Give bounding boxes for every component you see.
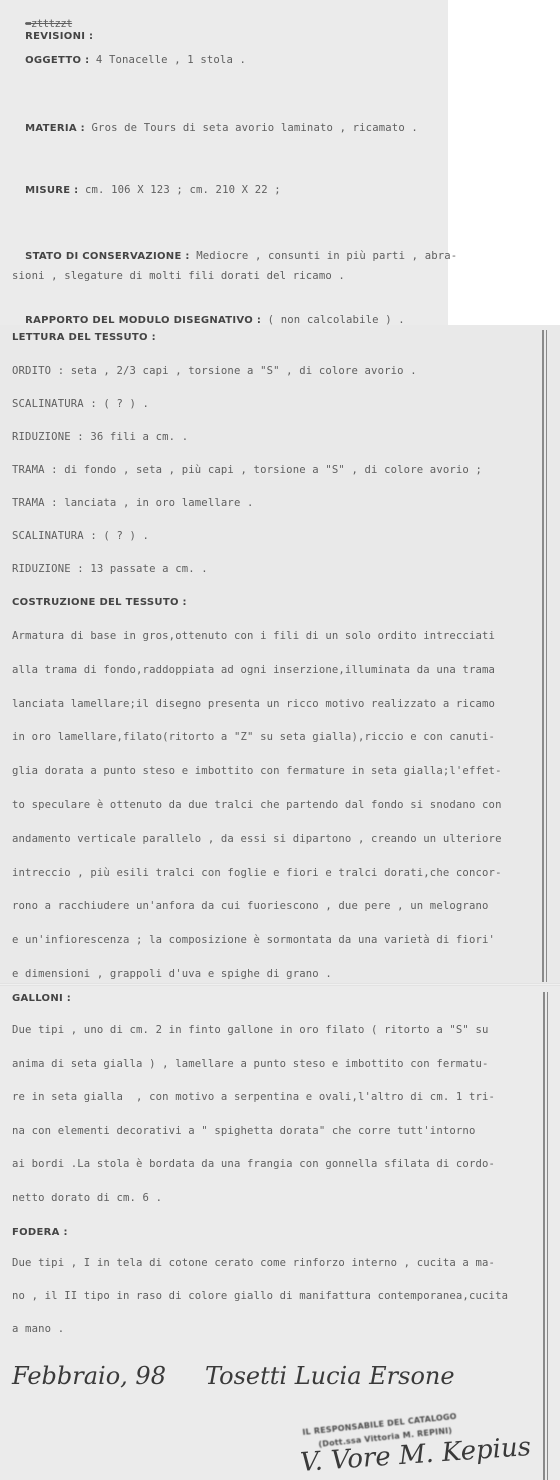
field-stato-cont: sioni , slegature di molti fili dorati d… [12,270,345,282]
section-heading-galloni: GALLONI : [12,993,71,1004]
handwritten-name: Tosetti Lucia Ersone [205,1362,455,1390]
galloni-line: anima di seta gialla ) , lamellare a pun… [12,1058,489,1070]
galloni-line: na con elementi decorativi a " spighetta… [12,1125,476,1137]
field-value: 4 Tonacelle , 1 stola . [89,54,246,66]
costruzione-line: rono a racchiudere un'anfora da cui fuor… [12,900,489,912]
field-label: OGGETTO : [25,55,89,66]
fold-line [0,983,560,986]
field-materia: MATERIA : Gros de Tours di seta avorio l… [12,110,418,134]
header-title: REVISIONI : [25,31,93,42]
margin-rule-right [546,330,547,982]
costruzione-line: lanciata lamellare;il disegno presenta u… [12,698,495,710]
field-value: Mediocre , consunti in più parti , abra- [190,250,458,262]
margin-rule-left [542,330,544,982]
costruzione-line: to speculare è ottenuto da due tralci ch… [12,799,502,811]
page-fragment-2 [0,325,560,985]
galloni-line: ai bordi .La stola è bordata da una fran… [12,1158,495,1170]
field-value: cm. 106 X 123 ; cm. 210 X 22 ; [78,184,280,196]
struck-text: =ztttzzt [25,18,72,30]
section-heading-lettura: LETTURA DEL TESSUTO : [12,332,156,343]
lettura-line: TRAMA : di fondo , seta , più capi , tor… [12,464,482,476]
handwritten-date: Febbraio, 98 [12,1362,166,1390]
field-value: ( non calcolabile ) . [261,314,405,326]
costruzione-line: Armatura di base in gros,ottenuto con i … [12,630,495,642]
document-header: =ztttzzt REVISIONI : [12,6,93,42]
field-label: MISURE : [25,185,78,196]
lettura-line: SCALINATURA : ( ? ) . [12,530,149,542]
lettura-line: TRAMA : lanciata , in oro lamellare . [12,497,254,509]
section-heading-fodera: FODERA : [12,1227,68,1238]
margin-rule-left-lower [543,992,545,1480]
costruzione-line: andamento verticale parallelo , da essi … [12,833,502,845]
costruzione-line: alla trama di fondo,raddoppiata ad ogni … [12,664,495,676]
galloni-line: netto dorato di cm. 6 . [12,1192,162,1204]
costruzione-line: e un'infiorescenza ; la composizione è s… [12,934,495,946]
galloni-line: Due tipi , uno di cm. 2 in finto gallone… [12,1024,489,1036]
costruzione-line: e dimensioni , grappoli d'uva e spighe d… [12,968,332,980]
lettura-line: SCALINATURA : ( ? ) . [12,398,149,410]
lettura-line: RIDUZIONE : 36 fili a cm. . [12,431,188,443]
margin-rule-right-lower [547,992,548,1480]
fodera-line: a mano . [12,1323,64,1335]
lettura-line: ORDITO : seta , 2/3 capi , torsione a "S… [12,365,417,377]
field-stato: STATO DI CONSERVAZIONE : Mediocre , cons… [12,238,457,262]
section-heading-costruzione: COSTRUZIONE DEL TESSUTO : [12,597,187,608]
field-label: STATO DI CONSERVAZIONE : [25,251,190,262]
costruzione-line: in oro lamellare,filato(ritorto a "Z" su… [12,731,495,743]
fodera-line: no , il II tipo in raso di colore giallo… [12,1290,508,1302]
field-misure: MISURE : cm. 106 X 123 ; cm. 210 X 22 ; [12,172,281,196]
costruzione-line: intreccio , più esili tralci con foglie … [12,867,502,879]
field-rapporto: RAPPORTO DEL MODULO DISEGNATIVO : ( non … [12,302,405,326]
field-value: Gros de Tours di seta avorio laminato , … [85,122,418,134]
galloni-line: re in seta gialla , con motivo a serpent… [12,1091,495,1103]
costruzione-line: glia dorata a punto steso e imbottito co… [12,765,502,777]
field-label: MATERIA : [25,123,85,134]
field-oggetto: OGGETTO : 4 Tonacelle , 1 stola . [12,42,246,66]
lettura-line: RIDUZIONE : 13 passate a cm. . [12,563,208,575]
field-label: RAPPORTO DEL MODULO DISEGNATIVO : [25,315,261,326]
fodera-line: Due tipi , I in tela di cotone cerato co… [12,1257,495,1269]
